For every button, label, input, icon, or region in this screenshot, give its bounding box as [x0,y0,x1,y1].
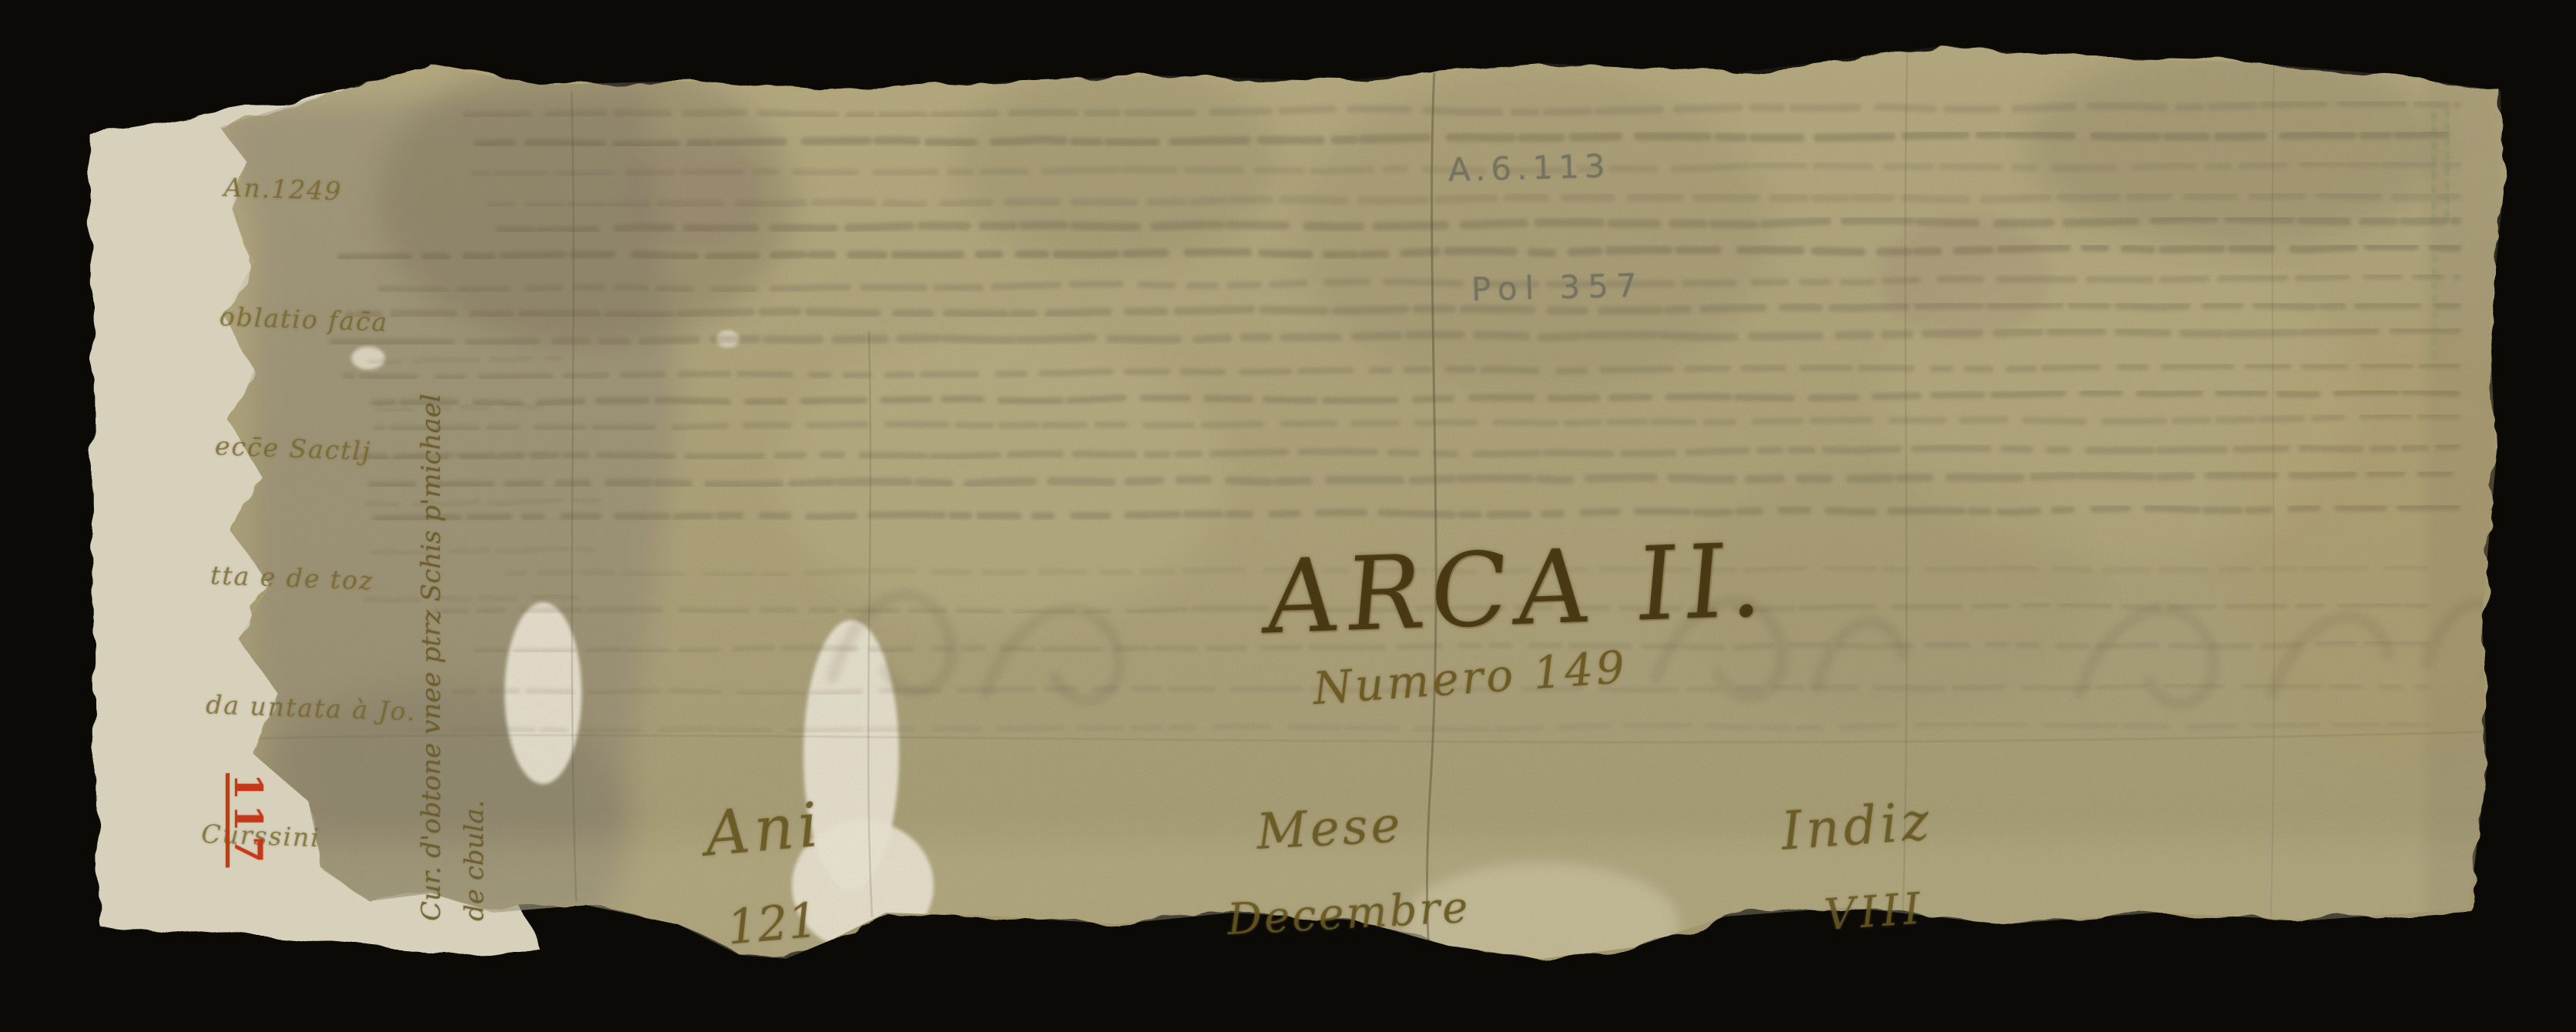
parchment-rendering [0,0,2576,1032]
parchment-grain-texture [77,31,2542,986]
parchment-surface-details [77,31,2558,986]
photograph-of-parchment: An.1249 oblatio fac̄a ecc̄e Sactlj tta e… [0,0,2576,1032]
